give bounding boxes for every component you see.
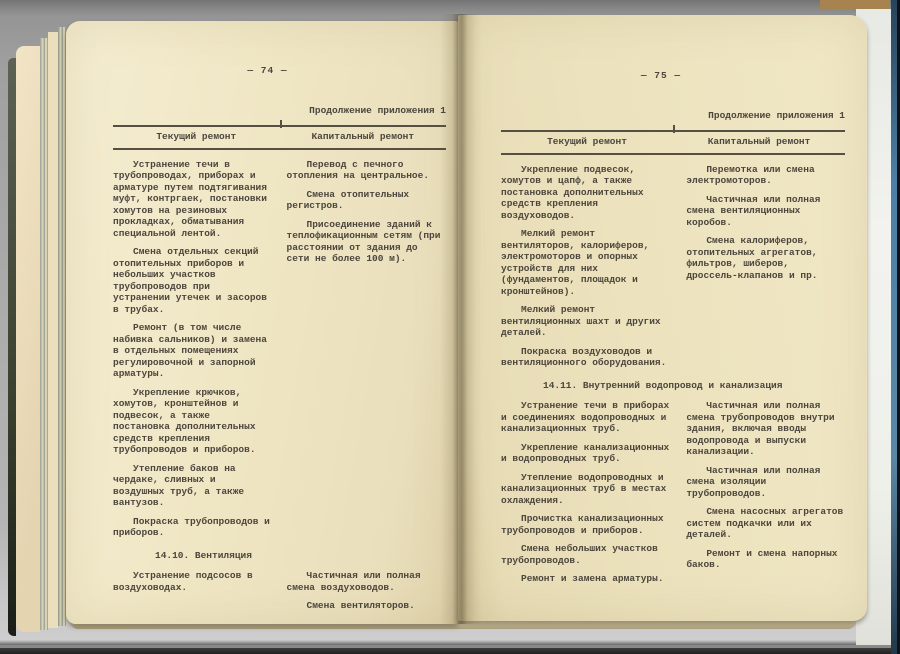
paragraph: Укрепление крючков, хомутов, кронштейнов… bbox=[113, 387, 273, 456]
paragraph: Утепление водопроводных и канализационны… bbox=[501, 472, 672, 507]
paragraph: Устранение подсосов в воздуховодах. bbox=[113, 570, 273, 593]
paragraph: Ремонт и смена напорных баков. bbox=[686, 548, 845, 571]
book-cover-edge bbox=[8, 58, 16, 636]
page-number: — 75 — bbox=[489, 70, 833, 82]
paragraph: Покраска воздуховодов и вентиляционного … bbox=[501, 346, 672, 369]
capital-repair-column: Перемотка или смена электромоторов. Част… bbox=[686, 164, 845, 289]
page-stack-edge bbox=[16, 46, 40, 632]
table-header: Текущий ремонт Капитальный ремонт bbox=[501, 130, 845, 155]
column-header-capital-repair: Капитальный ремонт bbox=[673, 136, 845, 148]
current-repair-column: Укрепление подвесок, хомутов и цапф, а т… bbox=[501, 164, 672, 376]
column-divider-tick bbox=[673, 125, 675, 133]
paragraph: Смена насосных агрегатов систем подкачки… bbox=[686, 506, 845, 541]
paragraph: Смена небольших участков трубопроводов. bbox=[501, 543, 672, 566]
column-header-current-repair: Текущий ремонт bbox=[113, 131, 280, 143]
paragraph: Смена отдельных секций отопительных приб… bbox=[113, 246, 273, 315]
section-heading-14-11: 14.11. Внутренний водопровод и канализац… bbox=[543, 380, 845, 392]
paragraph: Смена вентиляторов. bbox=[287, 600, 447, 612]
paragraph: Устранение течи в трубопроводах, прибора… bbox=[113, 159, 273, 240]
page-stack-edge bbox=[48, 32, 58, 628]
paragraph: Перевод с печного отопления на центральн… bbox=[287, 159, 447, 182]
paragraph: Частичная или полная смена воздуховодов. bbox=[287, 570, 447, 593]
continuation-note: Продолжение приложения 1 bbox=[501, 110, 845, 122]
paragraph: Перемотка или смена электромоторов. bbox=[686, 164, 845, 187]
section-heading-14-10: 14.10. Вентиляция bbox=[155, 550, 446, 562]
paragraph: Покраска трубопроводов и приборов. bbox=[113, 516, 273, 539]
column-header-current-repair: Текущий ремонт bbox=[501, 136, 673, 148]
photo-edge-tan-strip bbox=[820, 0, 890, 9]
current-repair-column: Устранение подсосов в воздуховодах. bbox=[113, 570, 273, 600]
current-repair-column: Устранение течи в трубопроводах, прибора… bbox=[113, 159, 273, 546]
page-stack-lines bbox=[58, 27, 66, 626]
paragraph: Мелкий ремонт вентиляционных шахт и друг… bbox=[501, 304, 672, 339]
capital-repair-column: Частичная или полная смена трубопроводов… bbox=[686, 400, 845, 578]
page-75: — 75 — Продолжение приложения 1 Текущий … bbox=[458, 15, 867, 621]
paragraph: Утепление баков на чердаке, сливных и во… bbox=[113, 463, 273, 509]
paragraph: Смена калориферов, отопительных агрегато… bbox=[686, 235, 845, 281]
paragraph: Смена отопительных регистров. bbox=[287, 189, 447, 212]
table-header: Текущий ремонт Капитальный ремонт bbox=[113, 125, 446, 150]
paragraph: Частичная или полная смена вентиляционны… bbox=[686, 194, 845, 229]
capital-repair-column: Перевод с печного отопления на центральн… bbox=[287, 159, 447, 272]
table-body-section: Устранение течи в трубопроводах, прибора… bbox=[113, 159, 446, 546]
paragraph: Присоединение зданий к теплофикационным … bbox=[287, 219, 447, 265]
paragraph: Ремонт и замена арматуры. bbox=[501, 573, 672, 585]
paragraph: Мелкий ремонт вентиляторов, калориферов,… bbox=[501, 228, 672, 297]
current-repair-column: Устранение течи в приборах и соединениях… bbox=[501, 400, 672, 592]
paragraph: Укрепление канализационных и водопроводн… bbox=[501, 442, 672, 465]
paragraph: Прочистка канализационных трубопроводов … bbox=[501, 513, 672, 536]
paragraph: Устранение течи в приборах и соединениях… bbox=[501, 400, 672, 435]
page-number: — 74 — bbox=[101, 65, 434, 77]
paragraph: Частичная или полная смена трубопроводов… bbox=[686, 400, 845, 458]
column-header-capital-repair: Капитальный ремонт bbox=[280, 131, 447, 143]
paragraph: Укрепление подвесок, хомутов и цапф, а т… bbox=[501, 164, 672, 222]
table-body-section: Устранение течи в приборах и соединениях… bbox=[501, 400, 845, 592]
table-body-section: Устранение подсосов в воздуховодах. Част… bbox=[113, 570, 446, 619]
column-divider-tick bbox=[280, 120, 282, 128]
page-stack-lines bbox=[40, 38, 48, 630]
paragraph: Ремонт (в том числе набивка сальников) и… bbox=[113, 322, 273, 380]
continuation-note: Продолжение приложения 1 bbox=[113, 105, 446, 117]
paragraph: Частичная или полная смена изоляции труб… bbox=[686, 465, 845, 500]
shelf-line bbox=[0, 645, 900, 648]
table-body-section: Укрепление подвесок, хомутов и цапф, а т… bbox=[501, 164, 845, 376]
capital-repair-column: Частичная или полная смена воздуховодов.… bbox=[287, 570, 447, 619]
page-74: — 74 — Продолжение приложения 1 Текущий … bbox=[66, 21, 458, 624]
